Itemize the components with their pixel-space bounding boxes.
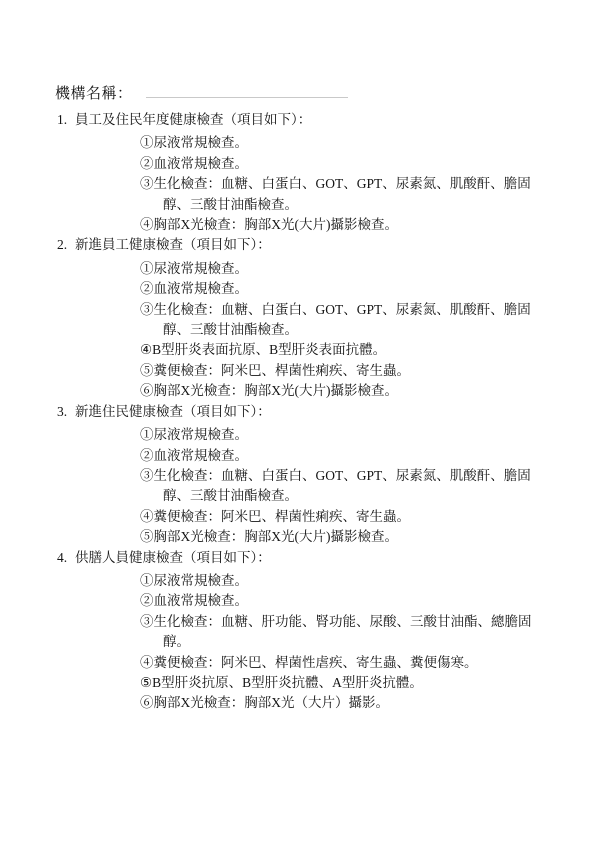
health-check-item: ⑥胸部X光檢查：胸部X光（大片）攝影。 — [140, 693, 536, 713]
health-check-item: ④胸部X光檢查：胸部X光(大片)攝影檢查。 — [140, 215, 536, 235]
section-number: 4. — [57, 548, 75, 568]
section-heading: 4.供膳人員健康檢查（項目如下）： — [57, 548, 557, 568]
health-check-item: ①尿液常規檢查。 — [140, 425, 536, 445]
section-heading: 1.員工及住民年度健康檢查（項目如下）： — [57, 110, 557, 130]
section-2: 2.新進員工健康檢查（項目如下）： ①尿液常規檢查。 ②血液常規檢查。 ③生化檢… — [57, 235, 557, 401]
section-items: ①尿液常規檢查。 ②血液常規檢查。 ③生化檢查：血糖、白蛋白、GOT、GPT、尿… — [140, 259, 557, 402]
document-body: 1.員工及住民年度健康檢查（項目如下）： ①尿液常規檢查。 ②血液常規檢查。 ③… — [57, 110, 557, 714]
health-check-item: ⑤胸部X光檢查：胸部X光(大片)攝影檢查。 — [140, 527, 536, 547]
health-check-item: ⑤B型肝炎抗原、B型肝炎抗體、A型肝炎抗體。 — [140, 673, 536, 693]
institution-name-label: 機構名稱： — [55, 86, 133, 102]
section-heading-text: 員工及住民年度健康檢查（項目如下）： — [75, 112, 311, 127]
health-check-item: ③生化檢查：血糖、白蛋白、GOT、GPT、尿素氮、肌酸酐、膽固醇、三酸甘油酯檢查… — [140, 466, 536, 507]
health-check-item: ④B型肝炎表面抗原、B型肝炎表面抗體。 — [140, 340, 536, 360]
health-check-item: ⑥胸部X光檢查：胸部X光(大片)攝影檢查。 — [140, 381, 536, 401]
health-check-item: ③生化檢查：血糖、肝功能、腎功能、尿酸、三酸甘油酯、總膽固醇。 — [140, 612, 536, 653]
institution-name-blank-line — [146, 83, 348, 98]
section-number: 2. — [57, 235, 75, 255]
section-heading: 3.新進住民健康檢查（項目如下）： — [57, 402, 557, 422]
section-heading: 2.新進員工健康檢查（項目如下）： — [57, 235, 557, 255]
health-check-item: ①尿液常規檢查。 — [140, 571, 536, 591]
health-check-item: ③生化檢查：血糖、白蛋白、GOT、GPT、尿素氮、肌酸酐、膽固醇、三酸甘油酯檢查… — [140, 300, 536, 341]
health-check-item: ②血液常規檢查。 — [140, 154, 536, 174]
section-heading-text: 新進員工健康檢查（項目如下）： — [75, 237, 271, 252]
section-1: 1.員工及住民年度健康檢查（項目如下）： ①尿液常規檢查。 ②血液常規檢查。 ③… — [57, 110, 557, 235]
document-page: 機構名稱： 1.員工及住民年度健康檢查（項目如下）： ①尿液常規檢查。 ②血液常… — [0, 0, 595, 842]
section-number: 1. — [57, 110, 75, 130]
health-check-item: ②血液常規檢查。 — [140, 279, 536, 299]
health-check-item: ②血液常規檢查。 — [140, 591, 536, 611]
section-heading-text: 新進住民健康檢查（項目如下）： — [75, 404, 271, 419]
health-check-item: ②血液常規檢查。 — [140, 446, 536, 466]
health-check-item: ①尿液常規檢查。 — [140, 259, 536, 279]
institution-name-row: 機構名稱： — [55, 82, 348, 103]
section-items: ①尿液常規檢查。 ②血液常規檢查。 ③生化檢查：血糖、白蛋白、GOT、GPT、尿… — [140, 133, 557, 235]
health-check-item: ④糞便檢查：阿米巴、桿菌性痢疾、寄生蟲。 — [140, 507, 536, 527]
section-number: 3. — [57, 402, 75, 422]
section-3: 3.新進住民健康檢查（項目如下）： ①尿液常規檢查。 ②血液常規檢查。 ③生化檢… — [57, 402, 557, 548]
health-check-item: ①尿液常規檢查。 — [140, 133, 536, 153]
health-check-item: ⑤糞便檢查：阿米巴、桿菌性痢疾、寄生蟲。 — [140, 361, 536, 381]
health-check-item: ④糞便檢查：阿米巴、桿菌性虐疾、寄生蟲、糞便傷寒。 — [140, 653, 536, 673]
section-heading-text: 供膳人員健康檢查（項目如下）： — [75, 550, 271, 565]
health-check-item: ③生化檢查：血糖、白蛋白、GOT、GPT、尿素氮、肌酸酐、膽固醇、三酸甘油酯檢查… — [140, 174, 536, 215]
section-4: 4.供膳人員健康檢查（項目如下）： ①尿液常規檢查。 ②血液常規檢查。 ③生化檢… — [57, 548, 557, 714]
section-items: ①尿液常規檢查。 ②血液常規檢查。 ③生化檢查：血糖、肝功能、腎功能、尿酸、三酸… — [140, 571, 557, 714]
section-items: ①尿液常規檢查。 ②血液常規檢查。 ③生化檢查：血糖、白蛋白、GOT、GPT、尿… — [140, 425, 557, 547]
